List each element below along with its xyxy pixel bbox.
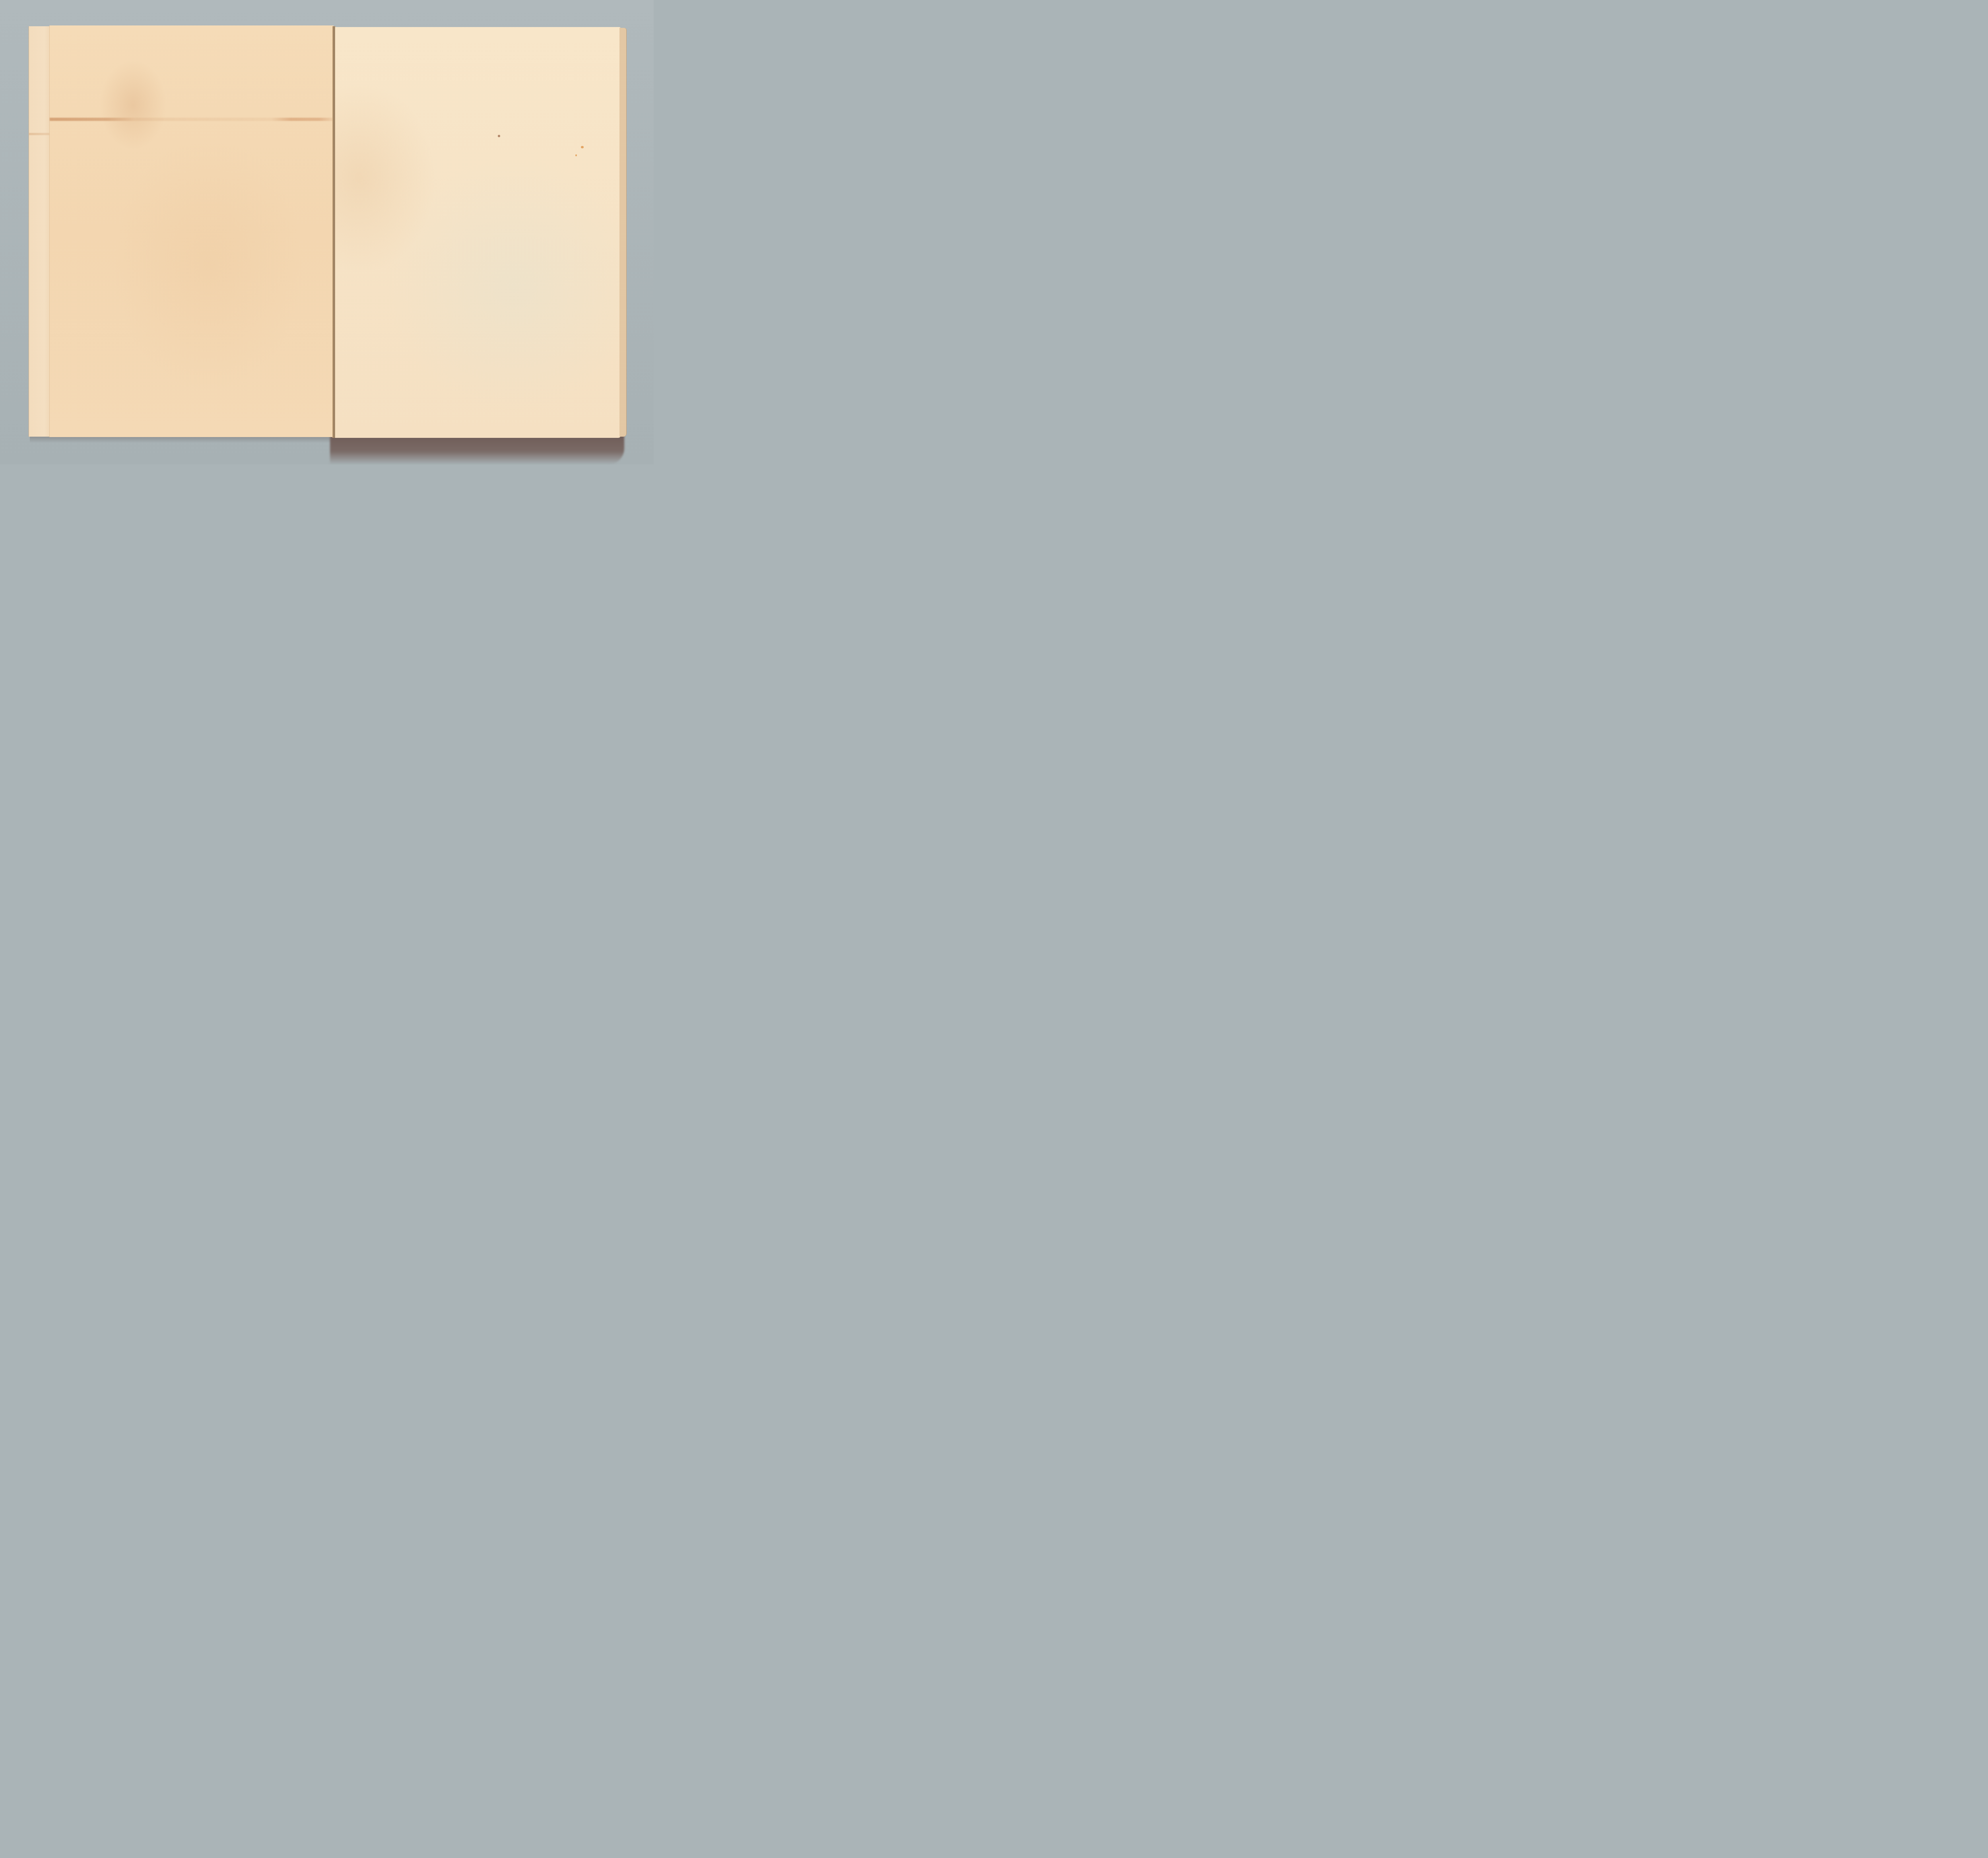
foxing-spot [575, 154, 577, 156]
right-page [335, 27, 621, 438]
foxing-spot [581, 146, 584, 148]
book-cover-flap [29, 26, 51, 437]
water-stain [29, 133, 51, 135]
water-stain-line [50, 118, 334, 121]
page-block-edge [619, 28, 627, 437]
left-page [49, 25, 334, 437]
foxing-spot [498, 135, 500, 137]
